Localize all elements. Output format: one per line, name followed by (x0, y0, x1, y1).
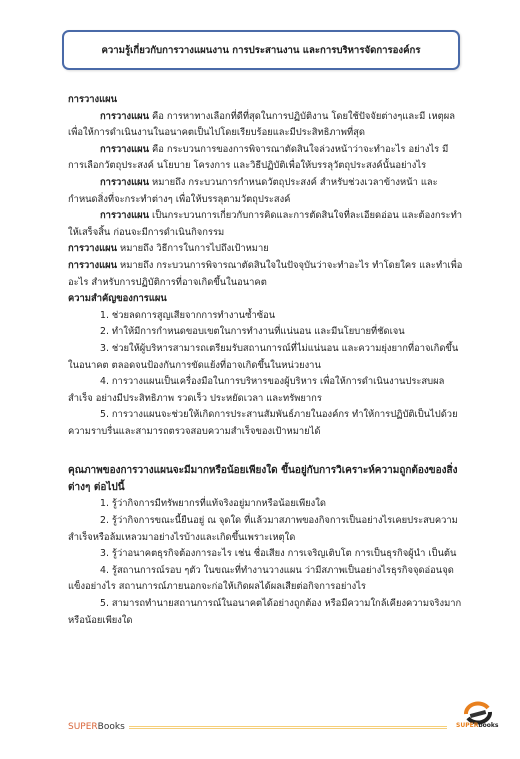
document-body: การวางแผน การวางแผน คือ การหาทางเลือกที่… (68, 92, 464, 629)
importance-item-5: 5. การวางแผนจะช่วยให้เกิดการประสานสัมพัน… (68, 407, 464, 440)
definition-term: การวางแผน (100, 177, 149, 188)
definition-6: การวางแผน หมายถึง กระบวนการพิจารณาตัดสิน… (68, 258, 464, 291)
quality-item-2: 2. รู้ว่ากิจการขณะนี้ยืนอยู่ ณ จุดใด ที่… (68, 513, 464, 546)
definition-1: การวางแผน คือ การหาทางเลือกที่ดีที่สุดใน… (68, 109, 464, 142)
definition-term: การวางแผน (100, 210, 149, 221)
brand-books: Books (98, 722, 125, 732)
logo-text: SUPERbooks (456, 722, 498, 729)
definition-term: การวางแผน (100, 144, 149, 155)
definition-text: หมายถึง กระบวนการพิจารณาตัดสินใจในปัจจุบ… (68, 260, 462, 288)
definition-term: การวางแผน (100, 111, 149, 122)
importance-item-3: 3. ช่วยให้ผู้บริหารสามารถเตรียมรับสถานกา… (68, 341, 464, 374)
importance-item-1: 1. ช่วยลดการสูญเสียจากการทำงานซ้ำซ้อน (68, 308, 464, 325)
definition-3: การวางแผน หมายถึง กระบวนการกำหนดวัตถุประ… (68, 175, 464, 208)
definition-2: การวางแผน คือ กระบวนการของการพิจารณาตัดส… (68, 142, 464, 175)
definition-4: การวางแผน เป็นกระบวนการเกี่ยวกับการคิดแล… (68, 208, 464, 241)
definition-text: หมายถึง วิธีการในการไปถึงเป้าหมาย (117, 243, 269, 254)
importance-heading: ความสำคัญของการแผน (68, 291, 464, 308)
section-heading-planning: การวางแผน (68, 92, 464, 109)
quality-heading: คุณภาพของการวางแผนจะมีมากหรือน้อยเพียงใด… (68, 462, 464, 496)
definition-5: การวางแผน หมายถึง วิธีการในการไปถึงเป้าห… (68, 241, 464, 258)
brand-super: SUPER (68, 722, 98, 732)
quality-item-3: 3. รู้ว่าอนาคตธุรกิจต้องการอะไร เช่น ชื่… (68, 546, 464, 563)
definition-term: การวางแผน (68, 243, 117, 254)
footer: SUPERBooks (68, 722, 447, 732)
title-box: ความรู้เกี่ยวกับการวางแผนงาน การประสานงา… (62, 30, 460, 70)
importance-item-4: 4. การวางแผนเป็นเครื่องมือในการบริหารของ… (68, 374, 464, 407)
definition-term: การวางแผน (68, 260, 117, 271)
importance-item-2: 2. ทำให้มีการกำหนดขอบเขตในการทำงานที่แน่… (68, 324, 464, 341)
quality-item-5: 5. สามารถทำนายสถานการณ์ในอนาคตได้อย่างถู… (68, 596, 464, 629)
page-title: ความรู้เกี่ยวกับการวางแผนงาน การประสานงา… (101, 43, 420, 58)
quality-item-1: 1. รู้ว่ากิจการมีทรัพยากรที่แท้จริงอยู่ม… (68, 496, 464, 513)
quality-item-4: 4. รู้สถานการณ์รอบ ๆตัว ในขณะที่ทำงานวาง… (68, 563, 464, 596)
footer-dashed-divider (129, 726, 447, 729)
